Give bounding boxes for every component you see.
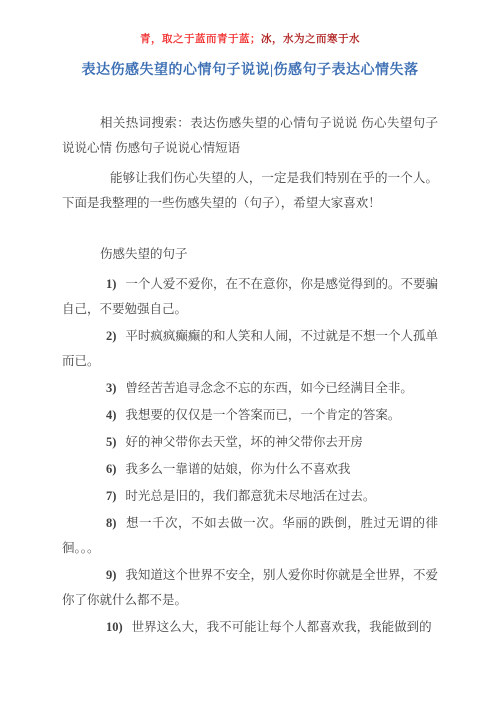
list-item-number: 10) bbox=[106, 620, 123, 634]
list-item-text: 平时疯疯癫癫的和人笑和人闹，不过就是不想一个人孤单而已。 bbox=[62, 329, 438, 368]
lead-paragraph: 能够让我们伤心失望的人，一定是我们特别在乎的一个人。下面是我整理的一些伤感失望的… bbox=[62, 166, 438, 216]
list-item-text: 我知道这个世界不安全，别人爱你时你就是全世界，不爱你了你就什么都不是。 bbox=[62, 568, 438, 607]
header-motto: 青，取之于蓝而青于蓝；冰，水为之而寒于水 bbox=[0, 32, 500, 47]
list-item-number: 6) bbox=[106, 462, 116, 476]
list-item: 5)好的神父带你去天堂，坏的神父带你去开房 bbox=[62, 430, 438, 455]
list-item: 1)一个人爱不爱你，在不在意你，你是感觉得到的。不要骗自己，不要勉强自己。 bbox=[62, 272, 438, 322]
list-item-text: 我想要的仅仅是一个答案而已，一个肯定的答案。 bbox=[125, 408, 400, 422]
list-item-text: 曾经苦苦追寻念念不忘的东西，如今已经满目全非。 bbox=[125, 381, 413, 395]
list-item: 4)我想要的仅仅是一个答案而已，一个肯定的答案。 bbox=[62, 403, 438, 428]
list-item-text: 时光总是旧的，我们都意犹未尽地活在过去。 bbox=[125, 489, 375, 503]
list-item-number: 8) bbox=[106, 516, 116, 530]
list-item-text: 世界这么大，我不可能让每个人都喜欢我，我能做到的 bbox=[132, 620, 432, 634]
list-item-text: 想一千次，不如去做一次。华丽的跌倒，胜过无谓的徘徊。。。 bbox=[62, 516, 438, 555]
keywords-paragraph: 相关热词搜索：表达伤感失望的心情句子说说 伤心失望句子说说心情 伤感句子说说心情… bbox=[62, 111, 438, 161]
section-heading: 伤感失望的句子 bbox=[62, 242, 438, 267]
document-body: 相关热词搜索：表达伤感失望的心情句子说说 伤心失望句子说说心情 伤感句子说说心情… bbox=[62, 111, 438, 640]
list-item-number: 9) bbox=[106, 568, 116, 582]
list-item-number: 4) bbox=[106, 408, 116, 422]
list-item: 3)曾经苦苦追寻念念不忘的东西，如今已经满目全非。 bbox=[62, 376, 438, 401]
list-item-number: 5) bbox=[106, 435, 116, 449]
list-item: 9)我知道这个世界不安全，别人爱你时你就是全世界，不爱你了你就什么都不是。 bbox=[62, 563, 438, 613]
list-item-text: 一个人爱不爱你，在不在意你，你是感觉得到的。不要骗自己，不要勉强自己。 bbox=[62, 277, 438, 316]
motto-text-dark: 冰，水为之而寒于水 bbox=[261, 34, 360, 45]
document-page: 青，取之于蓝而青于蓝；冰，水为之而寒于水 表达伤感失望的心情句子说说|伤感句子表… bbox=[0, 0, 500, 708]
list-item: 6)我多么一靠谱的姑娘，你为什么不喜欢我 bbox=[62, 457, 438, 482]
list-item-text: 我多么一靠谱的姑娘，你为什么不喜欢我 bbox=[125, 462, 350, 476]
list-item-number: 2) bbox=[106, 329, 116, 343]
list-item: 2)平时疯疯癫癫的和人笑和人闹，不过就是不想一个人孤单而已。 bbox=[62, 324, 438, 374]
page-title: 表达伤感失望的心情句子说说|伤感句子表达心情失落 bbox=[20, 61, 480, 81]
list-item-number: 3) bbox=[106, 381, 116, 395]
list-item-number: 7) bbox=[106, 489, 116, 503]
list-item: 10)世界这么大，我不可能让每个人都喜欢我，我能做到的 bbox=[62, 615, 438, 640]
list-item-number: 1) bbox=[106, 277, 116, 291]
motto-text-bright: 青，取之于蓝而青于蓝； bbox=[140, 34, 261, 45]
list-item: 8)想一千次，不如去做一次。华丽的跌倒，胜过无谓的徘徊。。。 bbox=[62, 511, 438, 561]
list-item: 7)时光总是旧的，我们都意犹未尽地活在过去。 bbox=[62, 484, 438, 509]
list-item-text: 好的神父带你去天堂，坏的神父带你去开房 bbox=[125, 435, 363, 449]
